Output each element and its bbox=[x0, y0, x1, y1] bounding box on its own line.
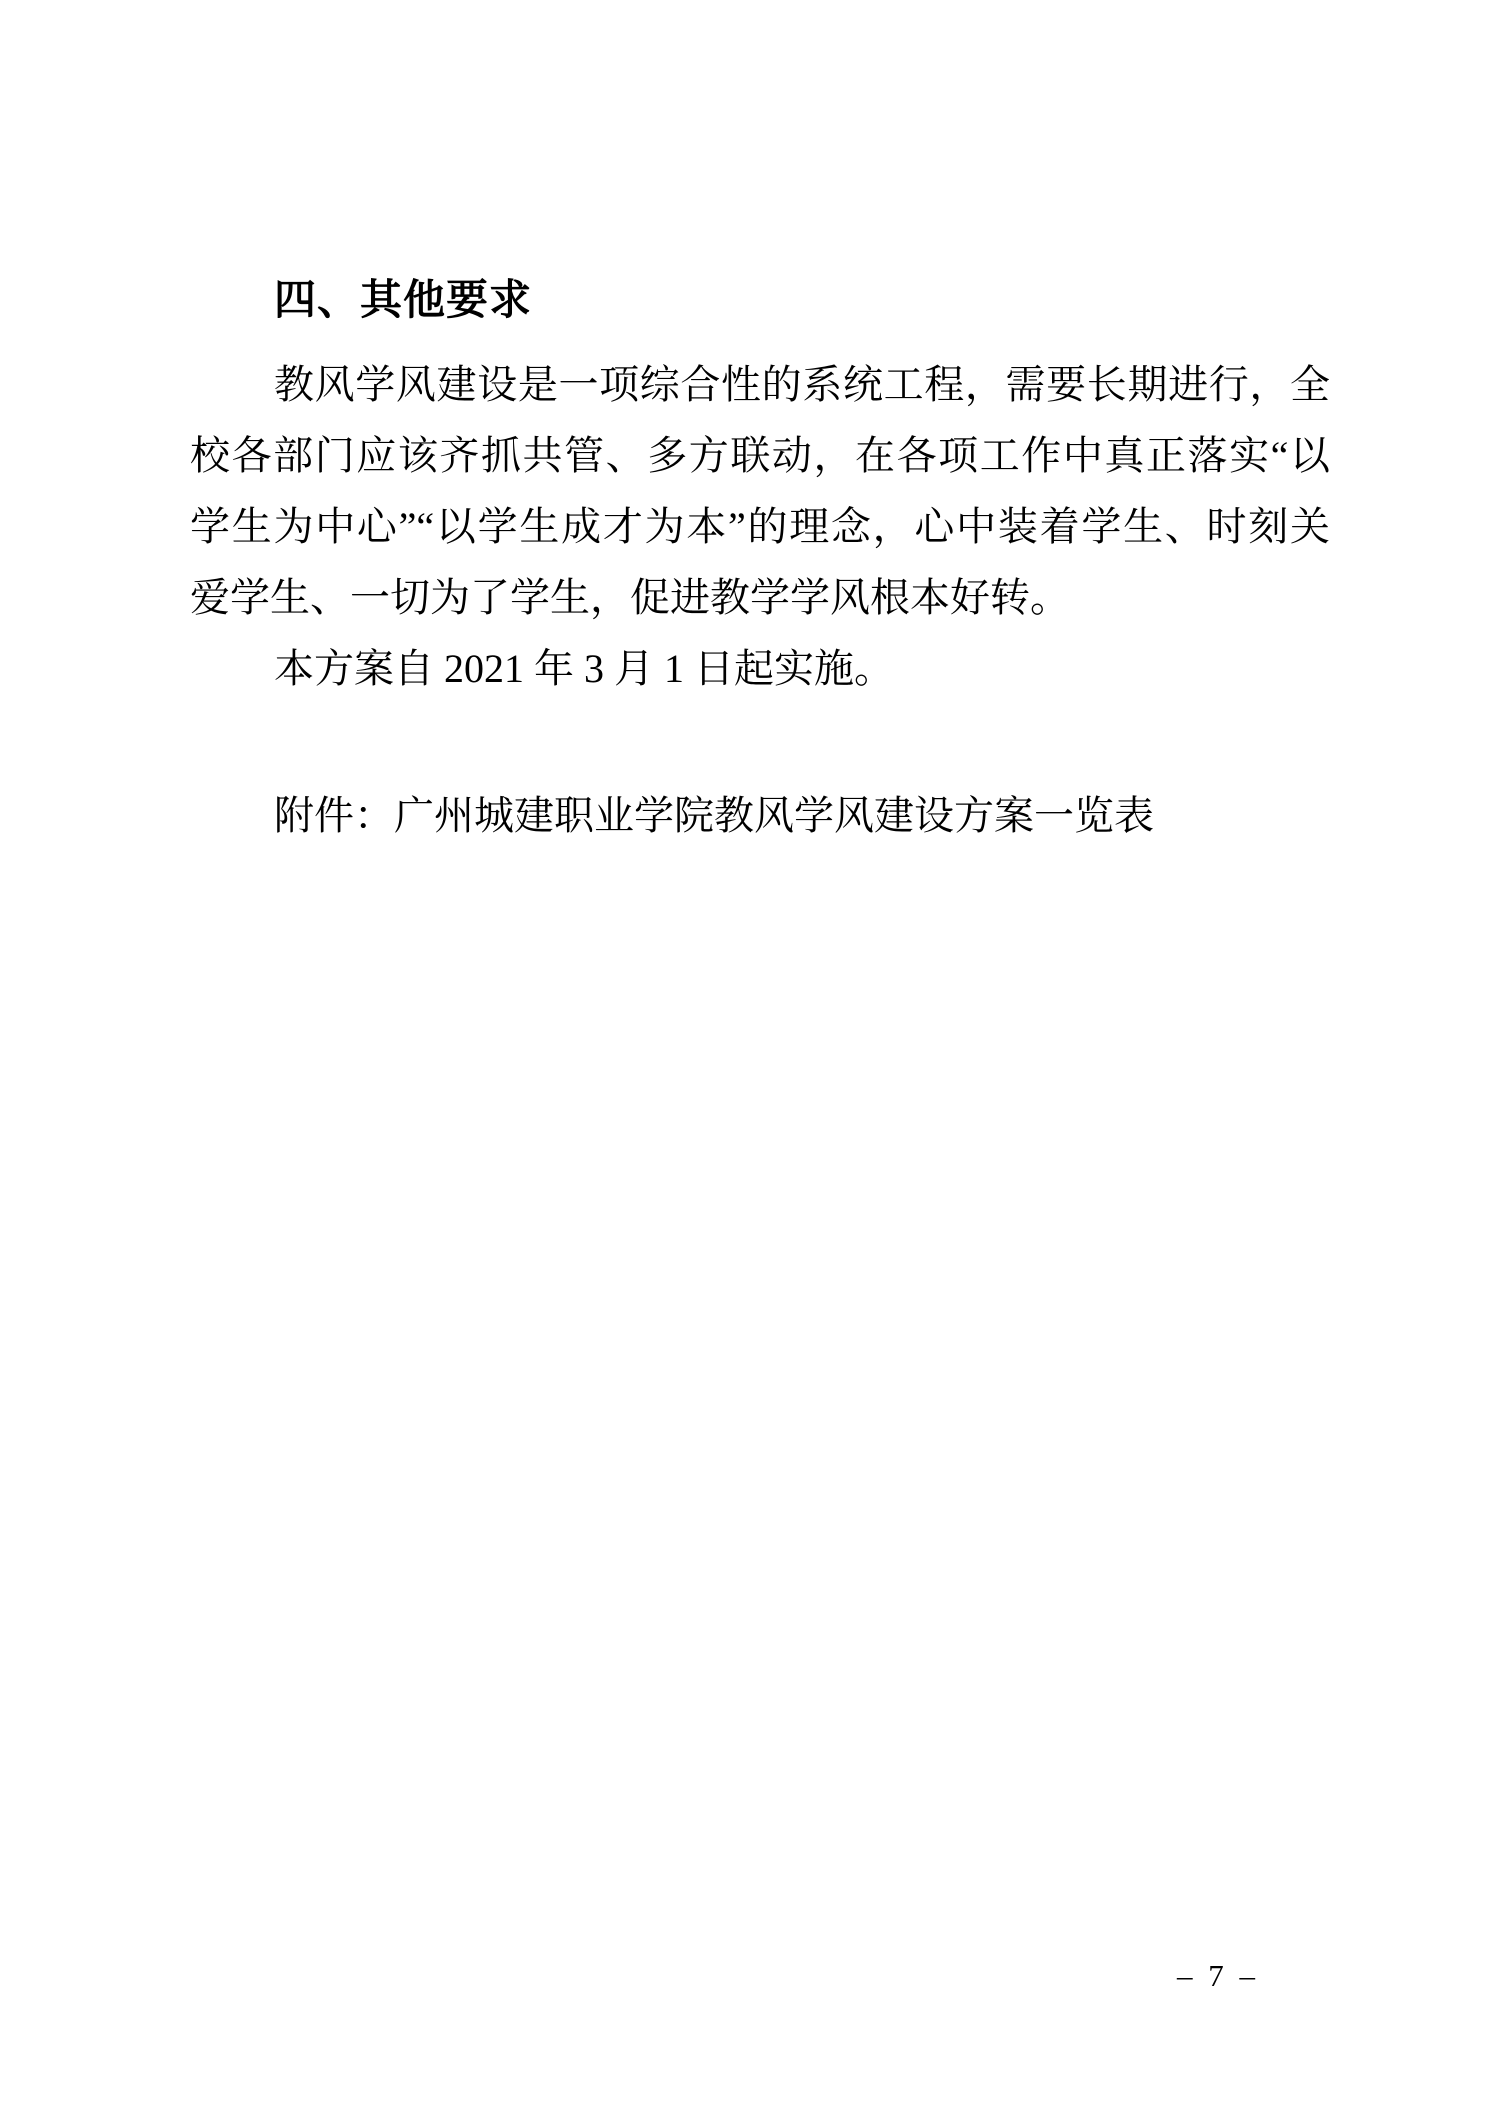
page-number: – 7 – bbox=[1148, 1948, 1288, 2004]
document-page: { "content": { "heading": "四、其他要求", "par… bbox=[0, 0, 1488, 2105]
text-block: 四、其他要求 教风学风建设是一项综合性的系统工程，需要长期进行，全 校各部门应该… bbox=[190, 264, 1330, 851]
implementation-date-line: 本方案自 2021 年 3 月 1 日起实施。 bbox=[190, 633, 1330, 704]
paragraph-line: 校各部门应该齐抓共管、多方联动，在各项工作中真正落实“以 bbox=[190, 420, 1330, 491]
section-heading: 四、其他要求 bbox=[190, 264, 1330, 335]
attachment-reference-line: 附件：广州城建职业学院教风学风建设方案一览表 bbox=[190, 780, 1330, 851]
main-paragraph: 教风学风建设是一项综合性的系统工程，需要长期进行，全 校各部门应该齐抓共管、多方… bbox=[190, 349, 1330, 633]
paragraph-line: 爱学生、一切为了学生，促进教学学风根本好转。 bbox=[190, 562, 1330, 633]
paragraph-line: 学生为中心”“以学生成才为本”的理念，心中装着学生、时刻关 bbox=[190, 491, 1330, 562]
paragraph-line: 教风学风建设是一项综合性的系统工程，需要长期进行，全 bbox=[190, 349, 1330, 420]
